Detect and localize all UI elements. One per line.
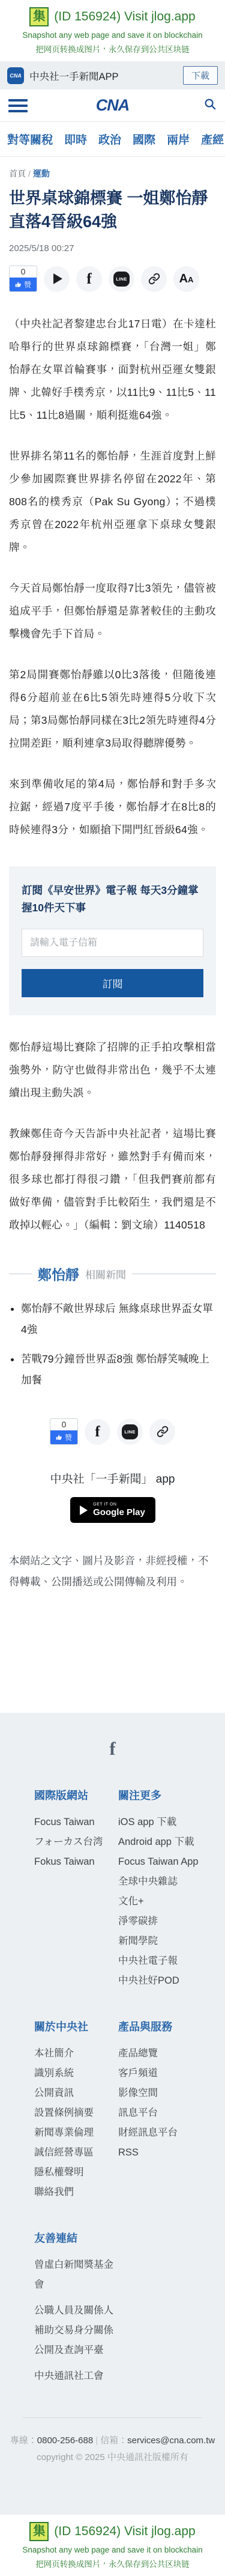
- line-share-button[interactable]: LINE: [109, 266, 134, 292]
- line-icon: LINE: [113, 272, 130, 287]
- copy-link-button[interactable]: [149, 1419, 175, 1445]
- footer-link[interactable]: Fokus Taiwan: [34, 1852, 118, 1872]
- footer-link[interactable]: 中央社好POD: [118, 1971, 225, 1991]
- google-play-badge[interactable]: GET IT ON Google Play: [70, 1497, 155, 1523]
- footer-col-international: 國際版網站 Focus Taiwan フォーカス台湾 Fokus Taiwan: [34, 1787, 118, 1991]
- article-paragraph: 第2局開賽鄭怡靜雖以0比3落後，但隨後連得6分超前並在6比5領先時連得5分收下次…: [9, 663, 216, 755]
- thumbs-up-icon: [15, 281, 22, 288]
- article-paragraph: （中央社記者黎建忠台北17日電）在卡達杜哈舉行的世界桌球錦標賽，「台灣一姐」鄭怡…: [9, 312, 216, 427]
- newsletter-heading: 訂閱《早安世界》電子報 每天3分鐘掌握10件天下事: [22, 882, 203, 917]
- jlog-banner-bottom: 集 (ID 156924) Visit jlog.app Snapshot an…: [0, 2515, 225, 2576]
- footer-facebook-link[interactable]: f: [0, 1738, 225, 1760]
- newsletter-subscribe-button[interactable]: 訂閱: [22, 969, 203, 997]
- share-row-top: 0 赞 f LINE AA: [9, 266, 216, 292]
- link-icon: [157, 1426, 169, 1438]
- share-row-bottom: 0 赞 f LINE: [9, 1418, 216, 1445]
- jlog-banner-link[interactable]: (ID 156924) Visit jlog.app: [54, 10, 195, 24]
- footer-link[interactable]: Android app 下載: [118, 1832, 225, 1852]
- nav-item-business[interactable]: 產經: [201, 131, 224, 147]
- google-play-icon: [80, 1505, 88, 1515]
- search-icon[interactable]: [197, 97, 217, 114]
- play-icon: [53, 273, 62, 284]
- footer-divider: [23, 2417, 202, 2418]
- hamburger-menu-icon[interactable]: [8, 99, 28, 112]
- thumbs-up-icon: [56, 1434, 62, 1441]
- play-audio-button[interactable]: [44, 266, 70, 292]
- related-news-section: 鄭怡靜 相關新聞 鄭怡靜不敵世界球后 無緣桌球世界盃女單4強 苦戰79分鐘晉世界…: [0, 1264, 225, 1391]
- facebook-share-button[interactable]: f: [76, 266, 102, 292]
- primary-nav: 對等關稅 即時 政治 國際 兩岸 產經: [0, 121, 225, 157]
- newsletter-email-input[interactable]: [22, 929, 203, 957]
- footer-contact: 專線：0800-256-688|信箱：services@cna.com.tw: [0, 2434, 225, 2446]
- copy-link-button[interactable]: [141, 266, 167, 292]
- footer-link[interactable]: 識別系統: [34, 2064, 118, 2083]
- email-link[interactable]: services@cna.com.tw: [127, 2435, 215, 2446]
- footer-link[interactable]: 中央通訊社工會: [34, 2366, 118, 2386]
- app-download-bar: CNA 中央社一手新聞APP 下載: [0, 61, 225, 90]
- like-count: 0: [10, 266, 37, 278]
- related-news-label: 相關新聞: [85, 1266, 126, 1281]
- jlog-banner-link[interactable]: (ID 156924) Visit jlog.app: [54, 2524, 195, 2539]
- footer-link[interactable]: 淨零碳排: [118, 1912, 225, 1931]
- nav-item-politics[interactable]: 政治: [98, 131, 121, 147]
- footer-col-products: 產品與服務 產品總覽 客戶頻道 影像空間 訊息平台 財經訊息平台 RSS: [118, 2019, 225, 2202]
- footer-col-title: 友善連結: [34, 2230, 118, 2246]
- footer-link[interactable]: iOS app 下載: [118, 1812, 225, 1832]
- article-date: 2025/5/18 00:27: [9, 243, 216, 254]
- footer-link[interactable]: 客戶頻道: [118, 2064, 225, 2083]
- like-button[interactable]: 赞: [50, 1430, 77, 1444]
- newsletter-box: 訂閱《早安世界》電子報 每天3分鐘掌握10件天下事 訂閱: [9, 866, 216, 1015]
- article-paragraph: 世界排名第11名的鄭怡靜，生涯首度對上鮮少參加國際賽世界排名停留在2022年、第…: [9, 445, 216, 559]
- facebook-icon: f: [109, 1738, 115, 1759]
- email-label: 信箱：: [100, 2435, 127, 2446]
- nav-item-instant[interactable]: 即時: [64, 131, 87, 147]
- hotline-label: 專線：: [10, 2435, 37, 2446]
- footer-link[interactable]: 文化+: [118, 1892, 225, 1912]
- footer-link[interactable]: 聯絡我們: [34, 2183, 118, 2202]
- article-title: 世界桌球錦標賽 一姐鄭怡靜直落4晉級64強: [9, 187, 216, 234]
- link-icon: [148, 273, 160, 285]
- footer-col-title: 關於中央社: [34, 2019, 118, 2034]
- footer-link[interactable]: 新聞專業倫理: [34, 2123, 118, 2143]
- footer-link[interactable]: 隱私權聲明: [34, 2163, 118, 2183]
- footer-col-title: 產品與服務: [118, 2019, 225, 2034]
- font-size-icon: AA: [179, 272, 194, 286]
- footer-link[interactable]: 誠信經營專區: [34, 2143, 118, 2163]
- app-promo: 中央社「一手新聞」 app GET IT ON Google Play: [0, 1470, 225, 1523]
- breadcrumb-category[interactable]: 運動: [33, 169, 50, 178]
- footer-col-friendly-links: 友善連結 曾虛白新聞獎基金會 公職人員及關係人補助交易身分關係公開及查詢平臺 中…: [34, 2230, 118, 2392]
- jlog-logo-icon: 集: [29, 7, 49, 26]
- footer-link[interactable]: フォーカス台湾: [34, 1832, 118, 1852]
- footer-link[interactable]: Focus Taiwan: [34, 1812, 118, 1832]
- footer-link[interactable]: RSS: [118, 2143, 225, 2163]
- footer-col-follow-more: 關注更多 iOS app 下載 Android app 下載 Focus Tai…: [118, 1787, 225, 1991]
- article-paragraph: 來到準備收尾的第4局，鄭怡靜和對手多次拉鋸，經過7度平手後，鄭怡靜才在8比8的時…: [9, 773, 216, 841]
- footer-link[interactable]: 公開資訊: [34, 2083, 118, 2103]
- divider-line: [9, 1274, 32, 1274]
- facebook-icon: f: [95, 1424, 100, 1439]
- divider-line: [132, 1274, 216, 1274]
- article-paragraph: 教練鄭佳奇今天告訴中央社記者，這場比賽鄭怡靜發揮得非常好，雖然對手有備而來，很多…: [9, 1122, 216, 1236]
- footer-link[interactable]: 中央社電子報: [118, 1951, 225, 1971]
- footer-link[interactable]: 全球中央雜誌: [118, 1872, 225, 1892]
- facebook-icon: f: [86, 272, 91, 287]
- breadcrumb-separator: /: [28, 169, 31, 178]
- jlog-subtitle-zh: 把网页转换成图片，永久保存到公共区块链: [0, 44, 225, 55]
- jlog-subtitle-en: Snapshot any web page and save it on blo…: [0, 29, 225, 41]
- footer-col-about: 關於中央社 本社簡介 識別系統 公開資訊 設置條例摘要 新聞專業倫理 誠信經營專…: [34, 2019, 118, 2202]
- footer-link[interactable]: 曾虛白新聞獎基金會: [34, 2255, 118, 2295]
- like-widget: 0 赞: [50, 1418, 78, 1445]
- footer-link[interactable]: 財經訊息平台: [118, 2123, 225, 2143]
- site-footer: f 國際版網站 Focus Taiwan フォーカス台湾 Fokus Taiwa…: [0, 1713, 225, 2515]
- breadcrumb: 首頁/運動: [0, 157, 225, 180]
- google-play-large-text: Google Play: [93, 1507, 145, 1517]
- app-promo-title: 中央社「一手新聞」 app: [0, 1470, 225, 1486]
- related-keyword-link[interactable]: 鄭怡靜: [38, 1264, 79, 1284]
- related-item: 苦戰79分鐘晉世界盃8強 鄭怡靜笑喊晚上加餐: [21, 1349, 216, 1391]
- footer-col-title: 國際版網站: [34, 1787, 118, 1803]
- nav-item-world[interactable]: 國際: [133, 131, 155, 147]
- article-paragraph: 鄭怡靜這場比賽除了招牌的正手拍攻擊相當強勢外，防守也做得非常出色，幾乎不太連續出…: [9, 1036, 216, 1104]
- footer-copyright: copyright © 2025 中央通訊社版權所有: [0, 2450, 225, 2515]
- like-label: 赞: [24, 279, 31, 290]
- breadcrumb-home[interactable]: 首頁: [9, 169, 26, 178]
- google-play-small-text: GET IT ON: [93, 1502, 145, 1507]
- article-paragraph: 今天首局鄭怡靜一度取得7比3領先，儘管被追成平手，但鄭怡靜還是靠著較佳的主動攻擊…: [9, 577, 216, 645]
- line-icon: LINE: [122, 1424, 138, 1439]
- footer-link[interactable]: 產品總覽: [118, 2044, 225, 2064]
- nav-item-tariff[interactable]: 對等關稅: [7, 131, 53, 147]
- app-download-button[interactable]: 下載: [183, 66, 218, 85]
- article-body-continued: 鄭怡靜這場比賽除了招牌的正手拍攻擊相當強勢外，防守也做得非常出色，幾乎不太連續出…: [0, 1036, 225, 1236]
- jlog-subtitle-zh: 把网页转换成图片，永久保存到公共区块链: [0, 2559, 225, 2570]
- footer-link[interactable]: 新聞學院: [118, 1931, 225, 1951]
- footer-link[interactable]: 公職人員及關係人補助交易身分關係公開及查詢平臺: [34, 2301, 118, 2360]
- jlog-subtitle-en: Snapshot any web page and save it on blo…: [0, 2544, 225, 2556]
- footer-link[interactable]: 訊息平台: [118, 2103, 225, 2123]
- footer-link[interactable]: 本社簡介: [34, 2044, 118, 2064]
- like-label: 赞: [65, 1432, 72, 1442]
- app-bar-title: 中央社一手新聞APP: [29, 68, 119, 83]
- jlog-banner-top: 集 (ID 156924) Visit jlog.app Snapshot an…: [0, 0, 225, 61]
- footer-link[interactable]: 設置條例摘要: [34, 2103, 118, 2123]
- related-item: 鄭怡靜不敵世界球后 無緣桌球世界盃女單4強: [21, 1298, 216, 1340]
- like-count: 0: [50, 1419, 77, 1430]
- footer-link[interactable]: 影像空間: [118, 2083, 225, 2103]
- facebook-share-button[interactable]: f: [85, 1419, 110, 1445]
- line-share-button[interactable]: LINE: [117, 1419, 143, 1445]
- hotline-number: 0800-256-688: [37, 2435, 93, 2446]
- font-size-button[interactable]: AA: [173, 266, 199, 292]
- cna-logo[interactable]: CNA: [96, 96, 130, 114]
- nav-item-cross-strait[interactable]: 兩岸: [167, 131, 190, 147]
- article-body: （中央社記者黎建忠台北17日電）在卡達杜哈舉行的世界桌球錦標賽，「台灣一姐」鄭怡…: [0, 312, 225, 841]
- site-header: CNA: [0, 90, 225, 121]
- copyright-notice: 本網站之文字、圖片及影音，非經授權，不得轉載、公開播送或公開傳輸及利用。: [9, 1551, 216, 1593]
- like-button[interactable]: 赞: [10, 278, 37, 291]
- footer-link[interactable]: Focus Taiwan App: [118, 1852, 225, 1872]
- footer-col-title: 關注更多: [118, 1787, 225, 1803]
- like-widget: 0 赞: [9, 266, 37, 292]
- cna-app-icon: CNA: [7, 67, 24, 84]
- jlog-logo-icon: 集: [29, 2522, 49, 2541]
